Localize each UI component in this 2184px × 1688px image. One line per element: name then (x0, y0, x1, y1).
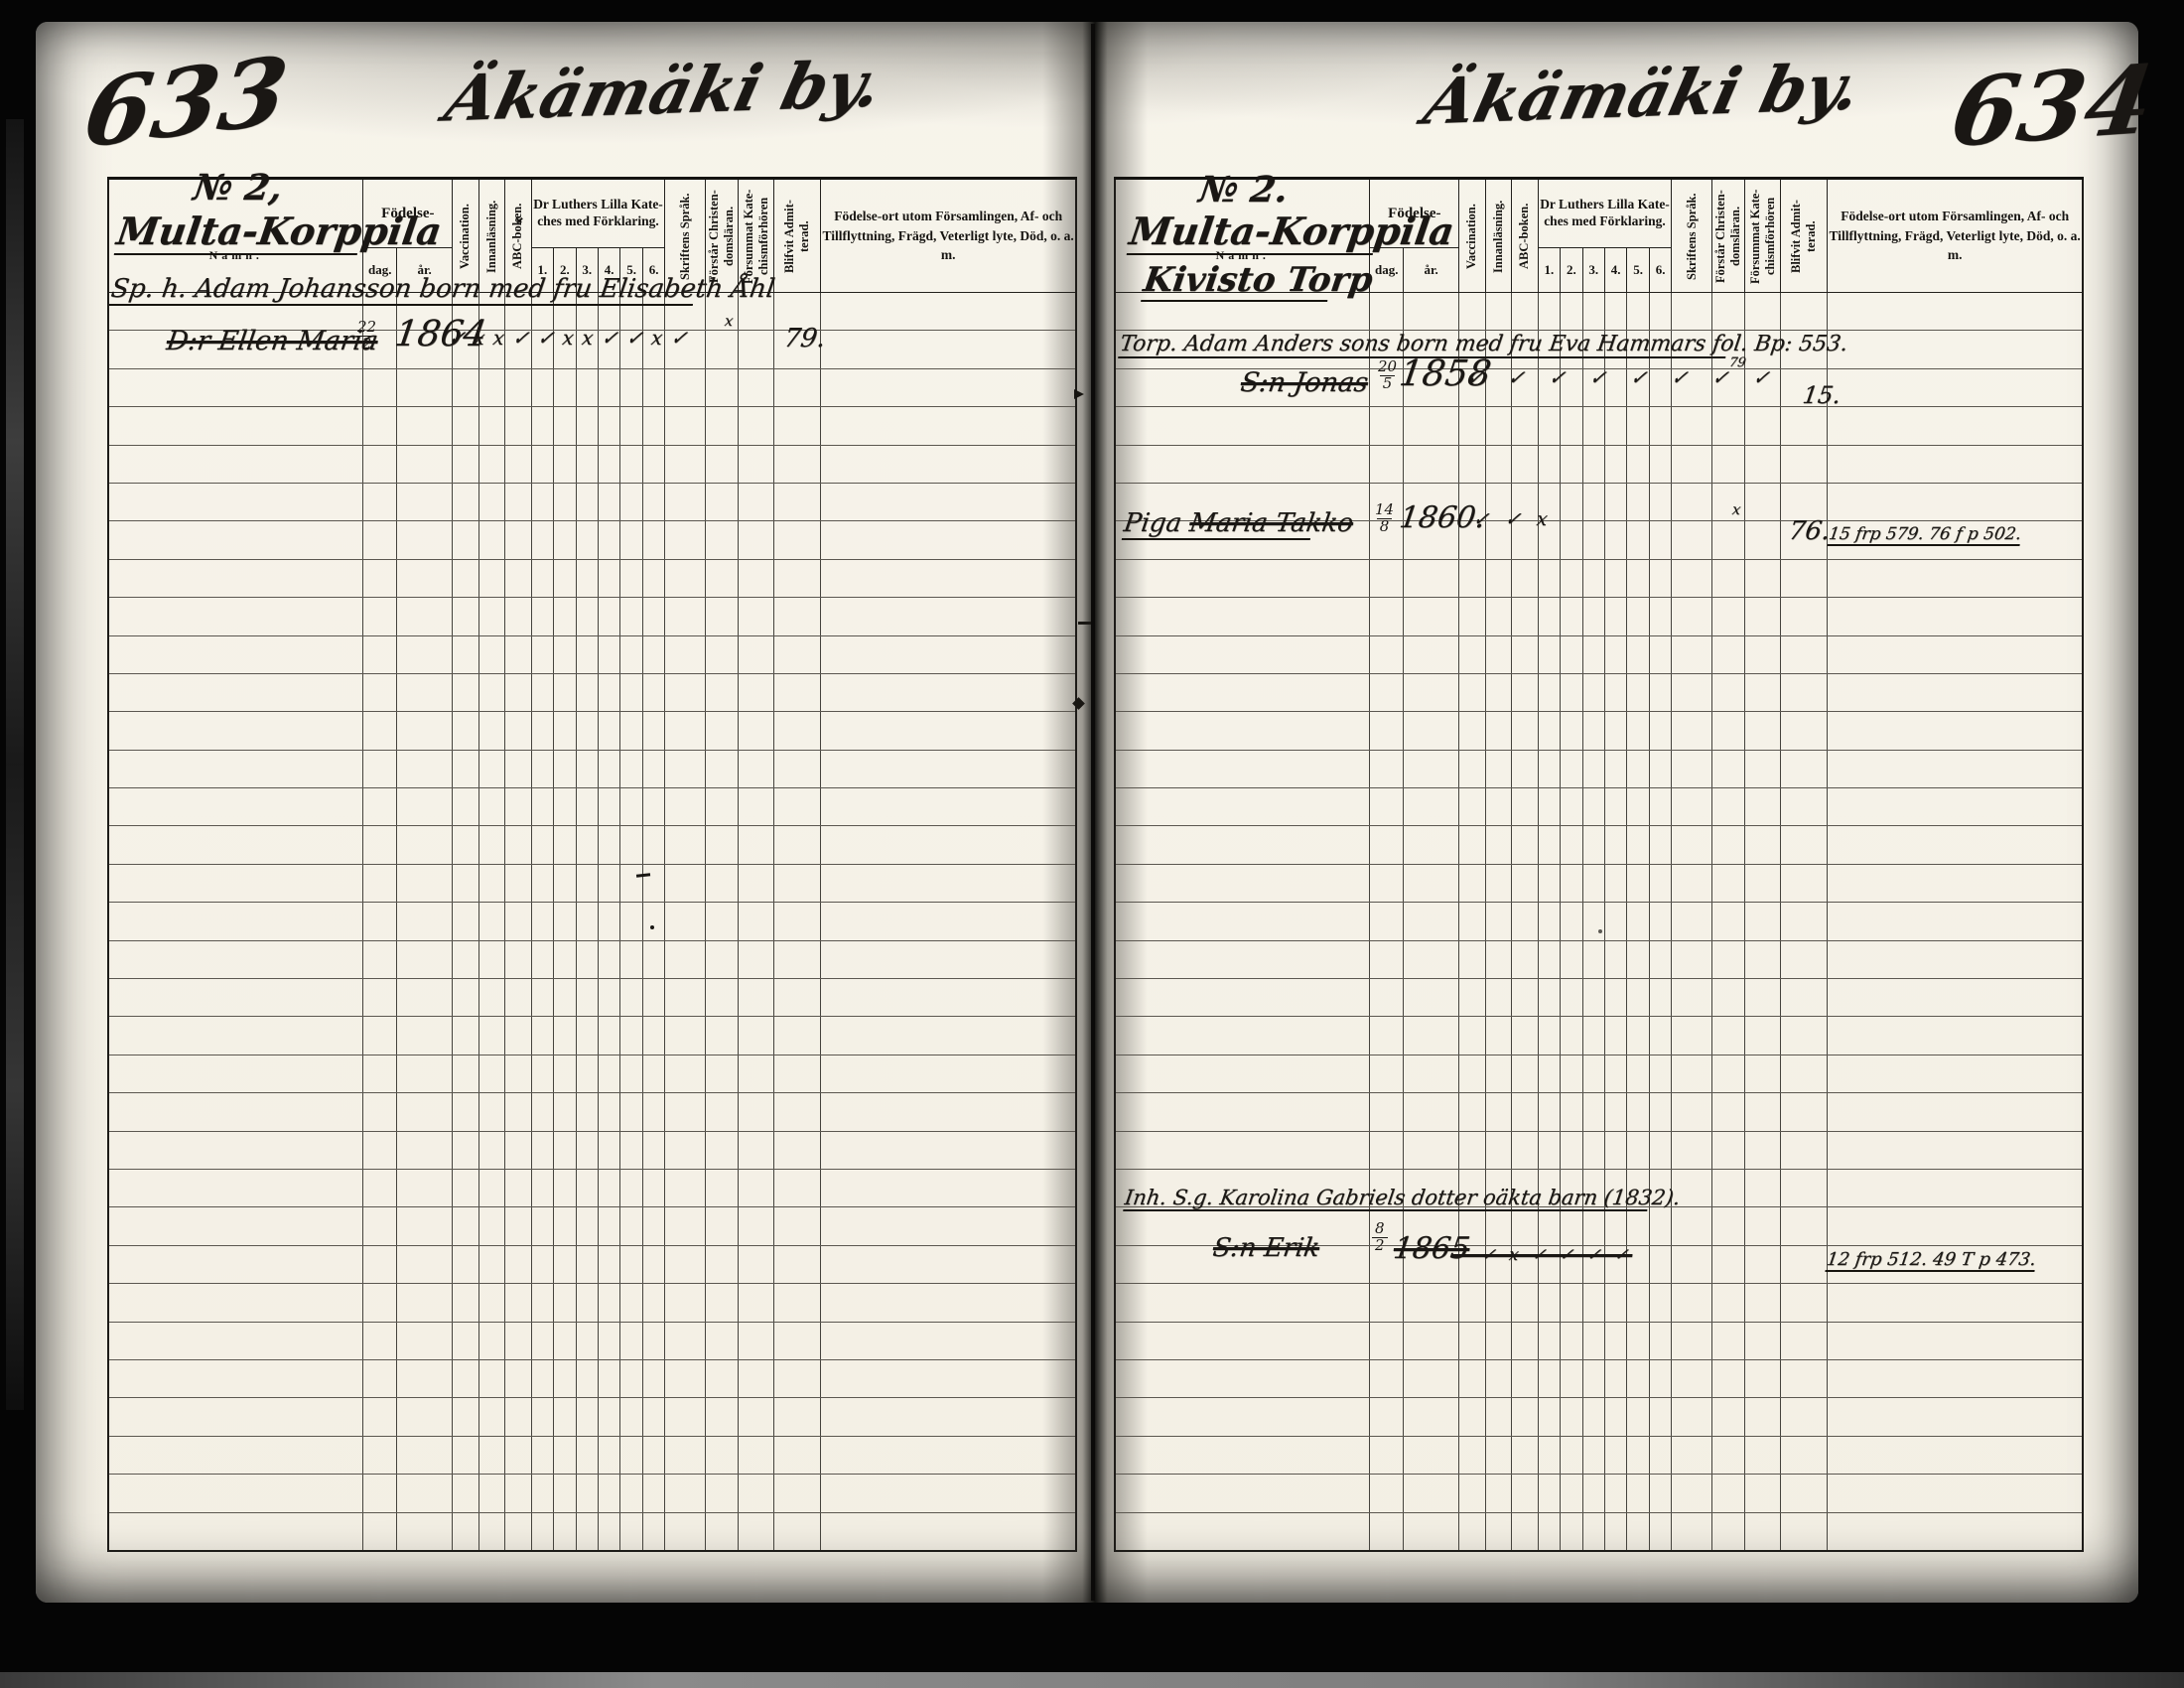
record-cell (108, 1207, 363, 1245)
record-cell (1404, 1017, 1459, 1055)
record-cell (1512, 559, 1539, 597)
record-cell (397, 979, 453, 1017)
record-cell (576, 635, 598, 673)
record-cell (505, 598, 532, 635)
record-cell (1744, 1322, 1781, 1359)
record-cell (1485, 1131, 1512, 1169)
record-cell (738, 750, 774, 787)
record-cell (1512, 1436, 1539, 1474)
record-cell (1627, 521, 1649, 559)
record-cell (1649, 1055, 1672, 1092)
record-cell (1649, 1017, 1672, 1055)
record-cell (576, 368, 598, 406)
record-cell (665, 1284, 706, 1322)
record-cell (665, 1017, 706, 1055)
record-cell (576, 521, 598, 559)
record-cell (1370, 1512, 1404, 1551)
record-cell (1649, 1436, 1672, 1474)
record-cell (620, 1398, 642, 1436)
record-cell (1582, 598, 1604, 635)
record-cell (774, 788, 821, 826)
record-cell (1828, 293, 2083, 331)
record-cell (1582, 1093, 1604, 1131)
col-header-4: 4. (1604, 248, 1626, 293)
record-cell (620, 864, 642, 902)
record-cell (478, 1322, 505, 1359)
record-cell (1561, 864, 1582, 902)
record-cell (738, 1093, 774, 1131)
record-cell (1512, 712, 1539, 750)
gutter-mark (1074, 389, 1084, 399)
record-cell (706, 864, 739, 902)
record-cell (1115, 712, 1370, 750)
record-cell (1672, 1093, 1712, 1131)
notes-label: Födelse-ort utom Församlingen, Af- och T… (823, 209, 1074, 262)
record-cell (1649, 559, 1672, 597)
record-cell (1649, 826, 1672, 864)
record-cell (554, 712, 576, 750)
record-cell (1582, 1359, 1604, 1397)
record-cell (108, 750, 363, 787)
record-cell (1604, 979, 1626, 1017)
record-cell (363, 979, 397, 1017)
record-cell (1404, 788, 1459, 826)
record-cell (453, 1512, 479, 1551)
record-cell (1485, 1284, 1512, 1322)
record-cell (1512, 635, 1539, 673)
record-cell (1115, 1398, 1370, 1436)
record-cell (1744, 1245, 1781, 1283)
record-cell (1538, 788, 1560, 826)
record-cell (1561, 445, 1582, 483)
record-cell (738, 712, 774, 750)
record-cell (821, 368, 1076, 406)
record-cell (821, 1017, 1076, 1055)
record-cell (1828, 368, 2083, 406)
record-cell (706, 445, 739, 483)
record-cell (1485, 903, 1512, 940)
record-cell (554, 750, 576, 787)
record-cell (1370, 1322, 1404, 1359)
record-cell (1485, 598, 1512, 635)
record-cell (363, 521, 397, 559)
record-cell (554, 1475, 576, 1512)
record-cell (1828, 826, 2083, 864)
record-cell (505, 1169, 532, 1206)
record-cell (1582, 1131, 1604, 1169)
record-row (108, 1245, 1076, 1283)
record-cell (397, 1207, 453, 1245)
record-cell (1828, 979, 2083, 1017)
record-cell (554, 635, 576, 673)
record-cell (453, 445, 479, 483)
record-cell (1370, 635, 1404, 673)
record-cell (738, 1169, 774, 1206)
record-cell (108, 598, 363, 635)
record-cell (1538, 407, 1560, 445)
record-cell (1370, 750, 1404, 787)
record-cell (1404, 1359, 1459, 1397)
record-cell (1485, 1055, 1512, 1092)
record-cell (665, 407, 706, 445)
record-cell (1828, 1475, 2083, 1512)
record-cell (505, 1093, 532, 1131)
col-header-abc: ABC-boken. (1512, 179, 1539, 293)
col-header-blifvit: Blifvit Admit-terad. (774, 179, 821, 293)
record-cell (774, 1512, 821, 1551)
record-row (108, 903, 1076, 940)
record-cell (774, 1169, 821, 1206)
record-cell (821, 635, 1076, 673)
record-cell (453, 1436, 479, 1474)
record-cell (1604, 673, 1626, 711)
record-cell (108, 407, 363, 445)
record-cell (1781, 1093, 1828, 1131)
record-cell (1561, 903, 1582, 940)
record-cell (478, 559, 505, 597)
record-row (1115, 1131, 2083, 1169)
record-cell (1582, 903, 1604, 940)
record-cell (453, 1169, 479, 1206)
record-row (1115, 1398, 2083, 1436)
record-cell (620, 407, 642, 445)
record-cell (1604, 1055, 1626, 1092)
record-cell (1561, 1055, 1582, 1092)
record-cell (598, 712, 619, 750)
record-cell (1115, 826, 1370, 864)
record-cell (1828, 1322, 2083, 1359)
record-cell (531, 788, 553, 826)
record-cell (1627, 1093, 1649, 1131)
record-cell (738, 1207, 774, 1245)
col-header-1: 1. (1538, 248, 1560, 293)
record-cell (363, 1207, 397, 1245)
date-month: 2 (359, 336, 375, 352)
record-cell (1404, 903, 1459, 940)
record-cell (665, 940, 706, 978)
record-cell (665, 1207, 706, 1245)
record-cell (1672, 1398, 1712, 1436)
record-cell (774, 1475, 821, 1512)
record-cell (576, 712, 598, 750)
record-cell (531, 445, 553, 483)
record-cell (706, 940, 739, 978)
record-cell (1370, 293, 1404, 331)
record-cell (1627, 1475, 1649, 1512)
record-cell (505, 1055, 532, 1092)
record-cell (620, 673, 642, 711)
record-cell (1582, 1207, 1604, 1245)
record-cell (1485, 1436, 1512, 1474)
record-cell (397, 940, 453, 978)
record-cell (531, 559, 553, 597)
record-cell (453, 712, 479, 750)
record-cell (598, 940, 619, 978)
record-cell (1459, 940, 1486, 978)
record-cell (1538, 1131, 1560, 1169)
record-cell (1459, 864, 1486, 902)
record-cell (665, 598, 706, 635)
record-cell (1649, 1322, 1672, 1359)
hw-right-row4-name: Inh. S.g. Karolina Gabriels dotter oäkta… (1123, 1186, 1651, 1211)
record-row (1115, 750, 2083, 787)
record-cell (1582, 521, 1604, 559)
record-cell (1115, 1284, 1370, 1322)
record-cell (1828, 750, 2083, 787)
record-cell (531, 1436, 553, 1474)
record-cell (706, 407, 739, 445)
record-cell (1561, 979, 1582, 1017)
record-cell (738, 1512, 774, 1551)
record-cell (598, 483, 619, 520)
record-cell (1649, 1398, 1672, 1436)
record-cell (706, 1284, 739, 1322)
record-cell (1538, 903, 1560, 940)
record-cell (1781, 903, 1828, 940)
record-cell (1561, 521, 1582, 559)
record-cell (1744, 1398, 1781, 1436)
record-cell (665, 368, 706, 406)
record-cell (1485, 788, 1512, 826)
record-cell (1712, 635, 1745, 673)
record-cell (665, 635, 706, 673)
record-cell (531, 826, 553, 864)
record-cell (1672, 293, 1712, 331)
record-cell (576, 1475, 598, 1512)
record-cell (738, 1284, 774, 1322)
record-cell (706, 559, 739, 597)
record-cell (478, 903, 505, 940)
record-row (1115, 407, 2083, 445)
record-cell (1485, 1322, 1512, 1359)
record-cell (1712, 1475, 1745, 1512)
record-cell (108, 903, 363, 940)
record-cell (576, 1207, 598, 1245)
record-cell (1538, 864, 1560, 902)
record-row (1115, 1017, 2083, 1055)
record-cell (1459, 979, 1486, 1017)
record-cell (1627, 788, 1649, 826)
record-cell (453, 598, 479, 635)
record-cell (1561, 1207, 1582, 1245)
record-cell (774, 521, 821, 559)
record-cell (1404, 1475, 1459, 1512)
record-cell (1627, 293, 1649, 331)
record-cell (821, 1245, 1076, 1283)
record-cell (453, 483, 479, 520)
record-cell (453, 864, 479, 902)
hw-left-row2-name: D:r Ellen Maria (165, 326, 380, 356)
innanlasning-label: Innanläsning. (1491, 185, 1506, 288)
record-cell (1604, 1398, 1626, 1436)
record-cell (774, 407, 821, 445)
record-cell (108, 1131, 363, 1169)
record-cell (478, 1512, 505, 1551)
record-cell (1649, 673, 1672, 711)
record-cell (665, 673, 706, 711)
record-cell (531, 1512, 553, 1551)
record-cell (453, 1131, 479, 1169)
record-cell (1561, 1398, 1582, 1436)
record-cell (478, 483, 505, 520)
record-cell (1512, 1093, 1539, 1131)
record-cell (576, 1436, 598, 1474)
record-cell (620, 750, 642, 787)
record-cell (363, 826, 397, 864)
record-cell (620, 1093, 642, 1131)
record-cell (738, 598, 774, 635)
record-cell (1672, 559, 1712, 597)
hw-right-row2-admitted: 15. (1801, 381, 1843, 409)
record-cell (363, 673, 397, 711)
record-cell (576, 1169, 598, 1206)
record-cell (821, 1398, 1076, 1436)
record-cell (665, 864, 706, 902)
record-cell (554, 1131, 576, 1169)
record-cell (531, 750, 553, 787)
ink-speck (1598, 929, 1602, 933)
record-cell (774, 368, 821, 406)
record-cell (554, 1245, 576, 1283)
record-cell (1627, 979, 1649, 1017)
record-cell (108, 559, 363, 597)
record-cell (1712, 940, 1745, 978)
record-cell (554, 673, 576, 711)
record-cell (1404, 673, 1459, 711)
record-cell (1604, 1512, 1626, 1551)
luthers-label: Dr Luthers Lilla Kate-ches med Förklarin… (1540, 197, 1670, 228)
record-cell (1538, 1436, 1560, 1474)
record-cell (453, 979, 479, 1017)
record-cell (397, 598, 453, 635)
record-cell (1485, 750, 1512, 787)
record-cell (1712, 559, 1745, 597)
record-cell (1370, 864, 1404, 902)
record-cell (620, 903, 642, 940)
record-cell (738, 1055, 774, 1092)
record-cell (774, 903, 821, 940)
record-cell (363, 903, 397, 940)
record-cell (821, 979, 1076, 1017)
record-cell (642, 1398, 665, 1436)
record-cell (576, 1359, 598, 1397)
record-cell (642, 407, 665, 445)
vaccination-label: Vaccination. (458, 185, 473, 288)
record-cell (1712, 903, 1745, 940)
record-cell (505, 750, 532, 787)
record-cell (774, 559, 821, 597)
record-cell (1672, 1475, 1712, 1512)
date-month: 8 (1377, 518, 1393, 535)
record-cell (478, 1284, 505, 1322)
record-cell (397, 1475, 453, 1512)
record-cell (1604, 1475, 1626, 1512)
record-cell (1744, 788, 1781, 826)
record-cell (665, 903, 706, 940)
record-cell (642, 940, 665, 978)
record-cell (1512, 788, 1539, 826)
record-cell (1649, 940, 1672, 978)
record-cell (1115, 1093, 1370, 1131)
record-cell (505, 864, 532, 902)
record-cell (478, 826, 505, 864)
record-cell (108, 712, 363, 750)
record-cell (1649, 1284, 1672, 1322)
hw-village2-right: Kivisto Torp (1141, 260, 1333, 302)
abc-label: ABC-boken. (510, 185, 525, 288)
record-cell (1672, 1207, 1712, 1245)
record-cell (642, 1169, 665, 1206)
hw-right-row3-date: 14 8 (1375, 502, 1394, 535)
record-cell (576, 1398, 598, 1436)
record-cell (1370, 979, 1404, 1017)
record-cell (598, 1017, 619, 1055)
record-cell (397, 1055, 453, 1092)
record-cell (706, 1131, 739, 1169)
record-cell (1485, 293, 1512, 331)
record-cell (1561, 1284, 1582, 1322)
record-cell (1115, 1359, 1370, 1397)
record-cell (642, 368, 665, 406)
record-row (108, 979, 1076, 1017)
record-cell (531, 864, 553, 902)
record-cell (1582, 1055, 1604, 1092)
record-cell (620, 979, 642, 1017)
record-cell (620, 1169, 642, 1206)
record-cell (1115, 788, 1370, 826)
forstar-label: Förstår Christen-domsläran. (1713, 185, 1743, 288)
record-cell (531, 903, 553, 940)
hw-left-row2-date: 22 2 (357, 320, 376, 352)
record-row (108, 1322, 1076, 1359)
record-cell (598, 407, 619, 445)
record-cell (642, 635, 665, 673)
record-cell (620, 521, 642, 559)
record-row (1115, 635, 2083, 673)
record-cell (531, 407, 553, 445)
col-header-6: 6. (1649, 248, 1672, 293)
record-cell (108, 1017, 363, 1055)
record-cell (576, 483, 598, 520)
record-row (108, 1398, 1076, 1436)
record-cell (642, 521, 665, 559)
record-row (1115, 864, 2083, 902)
record-cell (620, 1359, 642, 1397)
col-header-notes: Födelse-ort utom Församlingen, Af- och T… (821, 179, 1076, 293)
record-cell (505, 445, 532, 483)
record-cell (576, 598, 598, 635)
record-cell (738, 331, 774, 368)
record-table-left: Namn. Födelse- Vaccination. Innanläsning… (107, 177, 1077, 1552)
col-header-vaccination: Vaccination. (1459, 179, 1486, 293)
record-cell (738, 1245, 774, 1283)
record-cell (706, 750, 739, 787)
record-cell (1712, 1017, 1745, 1055)
record-cell (1744, 483, 1781, 520)
record-cell (397, 559, 453, 597)
record-cell (363, 635, 397, 673)
record-cell (1459, 407, 1486, 445)
record-cell (821, 521, 1076, 559)
record-cell (576, 559, 598, 597)
record-cell (1781, 1131, 1828, 1169)
record-cell (363, 1017, 397, 1055)
hw-right-row3-note: 15 frp 579. 76 f p 502. (1827, 524, 2022, 546)
record-row (108, 940, 1076, 978)
record-cell (505, 635, 532, 673)
blifvit-label: Blifvit Admit-terad. (782, 185, 812, 288)
record-cell (1561, 826, 1582, 864)
